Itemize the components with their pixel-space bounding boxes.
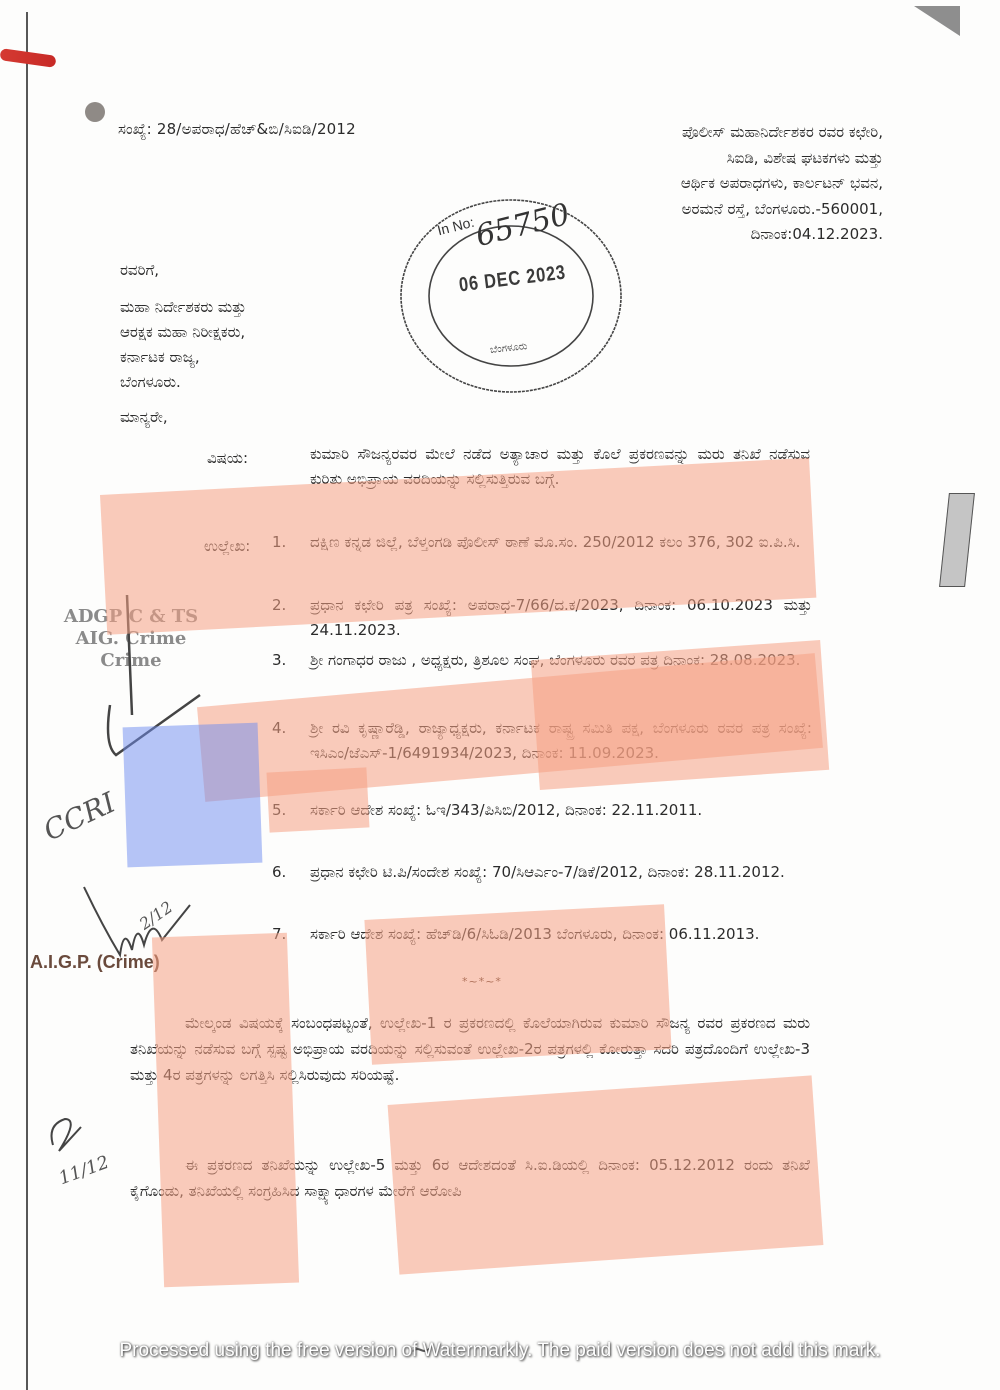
reference-num: 5. [272, 798, 310, 823]
reference-text: ಪ್ರಧಾನ ಕಛೇರಿ ಟಿ.ಪಿ/ಸಂದೇಶ ಸಂಖ್ಯೆ: 70/ಸಿಆರ… [310, 860, 812, 885]
recipient-line: ಕರ್ನಾಟಕ ರಾಜ್ಯ, [120, 345, 246, 370]
references-label: ಉಲ್ಲೇಖ: [204, 537, 250, 555]
initials-signature: CCRI [39, 786, 121, 848]
reference-num: 2. [272, 593, 310, 642]
greeting: ಮಾನ್ಯರೇ, [120, 408, 168, 426]
section-separator: *~*~* [462, 975, 502, 988]
reference-item: 3.ಶ್ರೀ ಗಂಗಾಧರ ರಾಜು , ಅಧ್ಯಕ್ಷರು, ತ್ರಿಶೂಲ … [272, 648, 812, 673]
tick-mark-icon [100, 595, 210, 765]
subject-label: ವಿಷಯ: [207, 449, 248, 467]
margin-line [26, 12, 28, 1390]
reference-item: 4.ಶ್ರೀ ರವಿ ಕೃಷ್ಣಾರೆಡ್ಡಿ, ರಾಜ್ಯಾಧ್ಯಕ್ಷರು,… [272, 716, 812, 765]
punch-hole [85, 102, 105, 122]
reference-num: 3. [272, 648, 310, 673]
watermark-text: Processed using the free version of Wate… [0, 1340, 1000, 1362]
corner-fold [914, 6, 960, 36]
reference-item: 1.ದಕ್ಷಿಣ ಕನ್ನಡ ಜಿಲ್ಲೆ, ಬೆಳ್ತಂಗಡಿ ಪೊಲೀಸ್ … [272, 530, 812, 555]
redaction-overlay [152, 933, 299, 1287]
body-paragraph: ಮೇಲ್ಕಂಡ ವಿಷಯಕ್ಕೆ ಸಂಬಂಧಪಟ್ಟಂತೆ, ಉಲ್ಲೇಖ-1 … [130, 1010, 810, 1088]
page-tab-edge [939, 493, 975, 587]
recipient-block: ರವರಿಗೆ, ಮಹಾ ನಿರ್ದೇಶಕರು ಮತ್ತು ಆರಕ್ಷಕ ಮಹಾ … [120, 258, 246, 395]
salutation-to: ರವರಿಗೆ, [120, 258, 246, 283]
reference-num: 4. [272, 716, 310, 765]
body-paragraph: ಈ ಪ್ರಕರಣದ ತನಿಖೆಯನ್ನು ಉಲ್ಲೇಖ-5 ಮತ್ತು 6ರ ಆ… [130, 1152, 810, 1204]
paragraph-text: ಮೇಲ್ಕಂಡ ವಿಷಯಕ್ಕೆ ಸಂಬಂಧಪಟ್ಟಂತೆ, ಉಲ್ಲೇಖ-1 … [130, 1014, 810, 1084]
subject-text: ಕುಮಾರಿ ಸೌಜನ್ಯರವರ ಮೇಲೆ ನಡೆದ ಅತ್ಯಾಚಾರ ಮತ್ತ… [310, 442, 810, 491]
reference-number: ಸಂಖ್ಯೆ: 28/ಅಪರಾಧ/ಹೆಚ್&ಬಿ/ಸಿಐಡಿ/2012 [118, 120, 356, 138]
paragraph-text: ಈ ಪ್ರಕರಣದ ತನಿಖೆಯನ್ನು ಉಲ್ಲೇಖ-5 ಮತ್ತು 6ರ ಆ… [130, 1156, 810, 1200]
reference-text: ಸರ್ಕಾರಿ ಆದೇಶ ಸಂಖ್ಯೆ: ಹೆಚ್‌ಡಿ/6/ಸಿಓಡಿ/201… [310, 922, 812, 947]
reference-text: ಶ್ರೀ ಗಂಗಾಧರ ರಾಜು , ಅಧ್ಯಕ್ಷರು, ತ್ರಿಶೂಲ ಸಂ… [310, 648, 812, 673]
reference-item: 5.ಸರ್ಕಾರಿ ಆದೇಶ ಸಂಖ್ಯೆ: ಓಇ/343/ಪಿಸಿಬಿ/201… [272, 798, 812, 823]
reference-text: ಶ್ರೀ ರವಿ ಕೃಷ್ಣಾರೆಡ್ಡಿ, ರಾಜ್ಯಾಧ್ಯಕ್ಷರು, ಕ… [310, 716, 812, 765]
margin-initial-scribble [45, 1115, 85, 1155]
reference-text: ದಕ್ಷಿಣ ಕನ್ನಡ ಜಿಲ್ಲೆ, ಬೆಳ್ತಂಗಡಿ ಪೊಲೀಸ್ ಠಾ… [310, 530, 812, 555]
signature-scribble [82, 885, 192, 960]
recipient-line: ಮಹಾ ನಿರ್ದೇಶಕರು ಮತ್ತು [120, 295, 246, 320]
reference-item: 6.ಪ್ರಧಾನ ಕಛೇರಿ ಟಿ.ಪಿ/ಸಂದೇಶ ಸಂಖ್ಯೆ: 70/ಸಿ… [272, 860, 812, 885]
reference-item: 2.ಪ್ರಧಾನ ಕಛೇರಿ ಪತ್ರ ಸಂಖ್ಯೆ: ಅಪರಾಧ-7/66/ದ… [272, 593, 812, 642]
reference-text: ಪ್ರಧಾನ ಕಛೇರಿ ಪತ್ರ ಸಂಖ್ಯೆ: ಅಪರಾಧ-7/66/ದ.ಕ… [310, 593, 812, 642]
reference-num: 7. [272, 922, 310, 947]
office-line: ಪೊಲೀಸ್ ಮಹಾನಿರ್ದೇಶಕರ ರವರ ಕಛೇರಿ, [548, 120, 883, 146]
reference-item: 7.ಸರ್ಕಾರಿ ಆದೇಶ ಸಂಖ್ಯೆ: ಹೆಚ್‌ಡಿ/6/ಸಿಓಡಿ/2… [272, 922, 812, 947]
margin-date: 11/12 [56, 1152, 112, 1189]
aigp-stamp: A.I.G.P. (Crime) [30, 952, 160, 973]
reference-text: ಸರ್ಕಾರಿ ಆದೇಶ ಸಂಖ್ಯೆ: ಓಇ/343/ಪಿಸಿಬಿ/2012,… [310, 798, 812, 823]
reference-num: 6. [272, 860, 310, 885]
binding-cord [0, 48, 57, 68]
recipient-line: ಆರಕ್ಷಕ ಮಹಾ ನಿರೀಕ್ಷಕರು, [120, 320, 246, 345]
office-line: ಸಿಐಡಿ, ವಿಶೇಷ ಘಟಕಗಳು ಮತ್ತು [548, 146, 883, 172]
office-line: ಆರ್ಥಿಕ ಅಪರಾಧಗಳು, ಕಾರ್ಲಟನ್ ಭವನ, [548, 171, 883, 197]
recipient-line: ಬೆಂಗಳೂರು. [120, 370, 246, 395]
reference-num: 1. [272, 530, 310, 555]
